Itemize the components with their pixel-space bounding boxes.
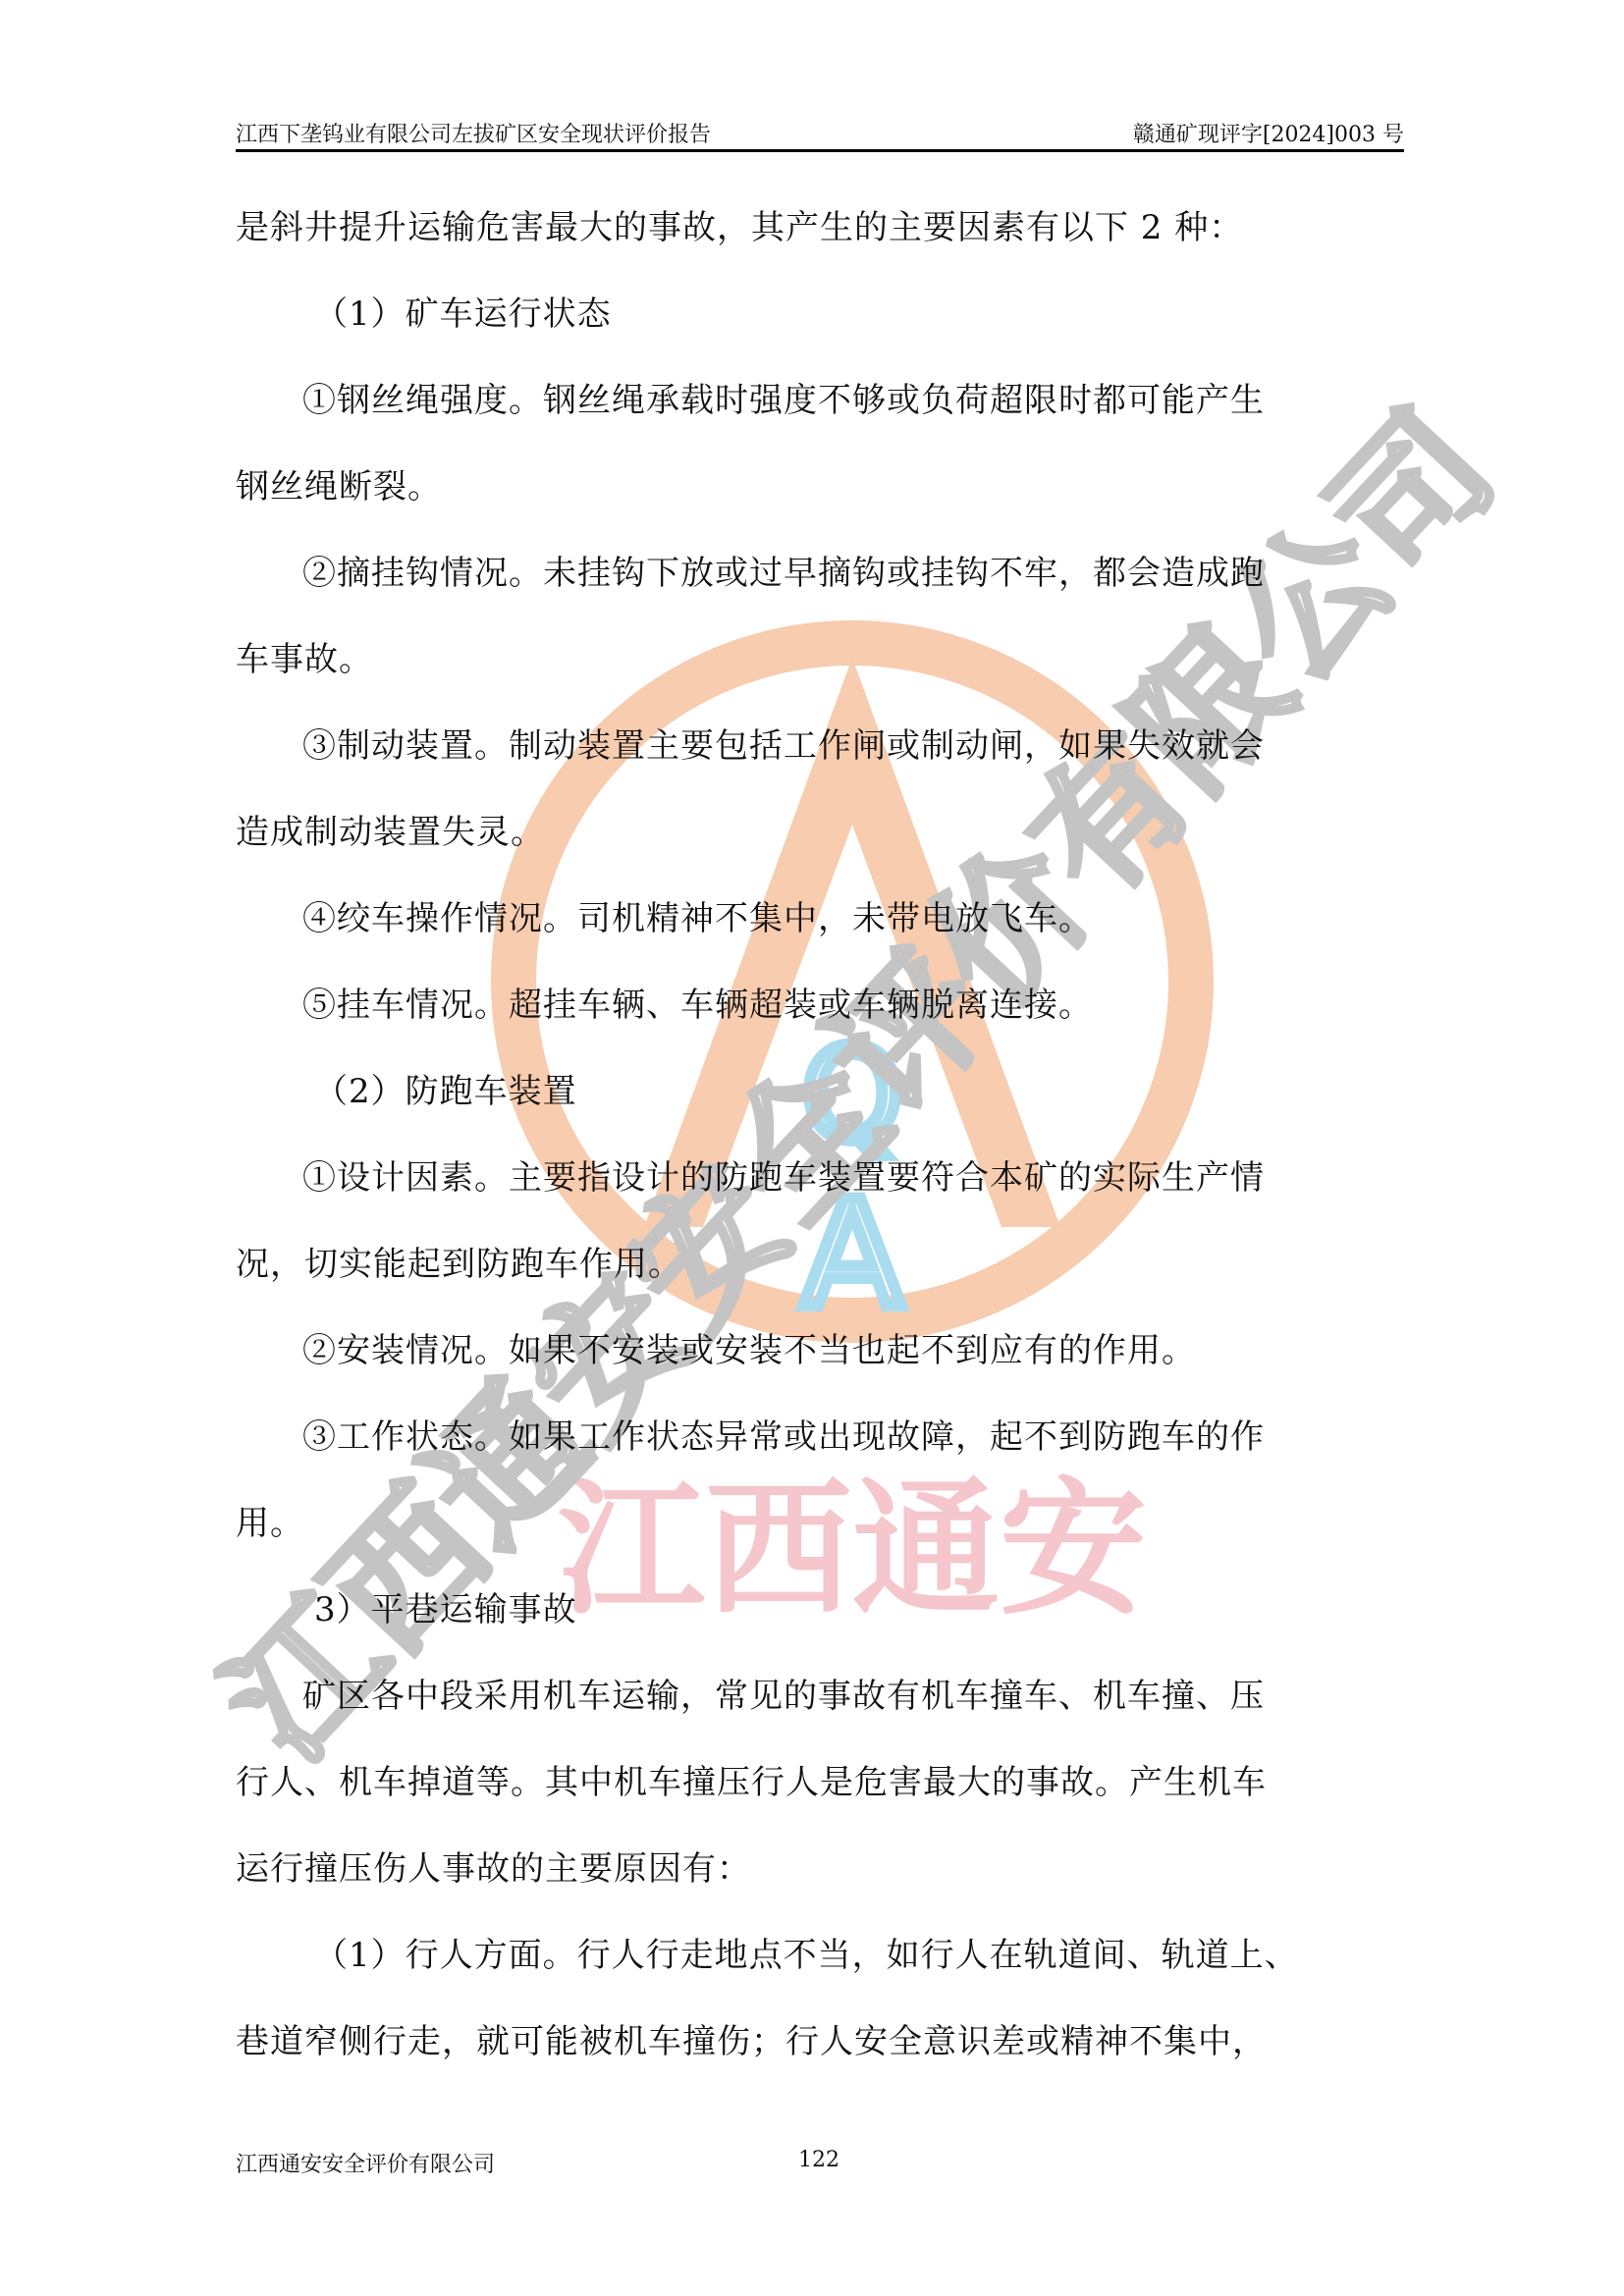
paragraph-line: （1）行人方面。行人行走地点不当，如行人在轨道间、轨道上、 [314,1934,1299,1977]
paragraph-line: ⑤挂车情况。超挂车辆、车辆超装或车辆脱离连接。 [302,984,1093,1027]
paragraph-line: 行人、机车掉道等。其中机车撞压行人是危害最大的事故。产生机车 [236,1761,1267,1804]
paragraph-line: ④绞车操作情况。司机精神不集中，未带电放飞车。 [302,897,1093,940]
paragraph-line: 造成制动装置失灵。 [236,811,545,854]
footer-company: 江西通安安全评价有限公司 [236,2148,495,2178]
paragraph-line: 车事故。 [236,638,373,681]
paragraph-line: （2）防跑车装置 [314,1070,577,1113]
paragraph-line: 钢丝绳断裂。 [236,465,442,508]
paragraph-line: ②摘挂钩情况。未挂钩下放或过早摘钩或挂钩不牢，都会造成跑 [302,552,1265,595]
paragraph-line: 运行撞压伤人事故的主要原因有： [236,1847,751,1891]
header-divider [236,149,1404,152]
paragraph-line: ③制动装置。制动装置主要包括工作闸或制动闸，如果失效就会 [302,724,1265,768]
paragraph-line: 矿区各中段采用机车运输，常见的事故有机车撞车、机车撞、压 [302,1675,1265,1718]
watermark-stamp-text: 江西通安 [558,1465,1147,1635]
page-number: 122 [798,2148,839,2172]
paragraph-line: 巷道窄侧行走，就可能被机车撞伤；行人安全意识差或精神不集中， [236,2020,1267,2063]
paragraph-line: 况，切实能起到防跑车作用。 [236,1243,682,1286]
paragraph-line: ②安装情况。如果不安装或安装不当也起不到应有的作用。 [302,1329,1196,1372]
page-header: 江西下垄钨业有限公司左拔矿区安全现状评价报告 赣通矿现评字[2024]003 号 [236,114,1404,153]
paragraph-line: ③工作状态。如果工作状态异常或出现故障，起不到防跑车的作 [302,1415,1265,1459]
report-title: 江西下垄钨业有限公司左拔矿区安全现状评价报告 [236,118,711,148]
paragraph-line: （1）矿车运行状态 [314,293,612,336]
paragraph-line: ①设计因素。主要指设计的防跑车装置要符合本矿的实际生产情 [302,1156,1265,1200]
paragraph-line: ①钢丝绳强度。钢丝绳承载时强度不够或负荷超限时都可能产生 [302,379,1265,422]
paragraph-line: 是斜井提升运输危害最大的事故，其产生的主要因素有以下 2 种： [236,206,1243,249]
paragraph-line: 用。 [236,1502,304,1545]
document-number: 赣通矿现评字[2024]003 号 [1133,118,1404,148]
paragraph-line: 3）平巷运输事故 [314,1588,577,1631]
svg-text:Q: Q [802,1020,902,1169]
